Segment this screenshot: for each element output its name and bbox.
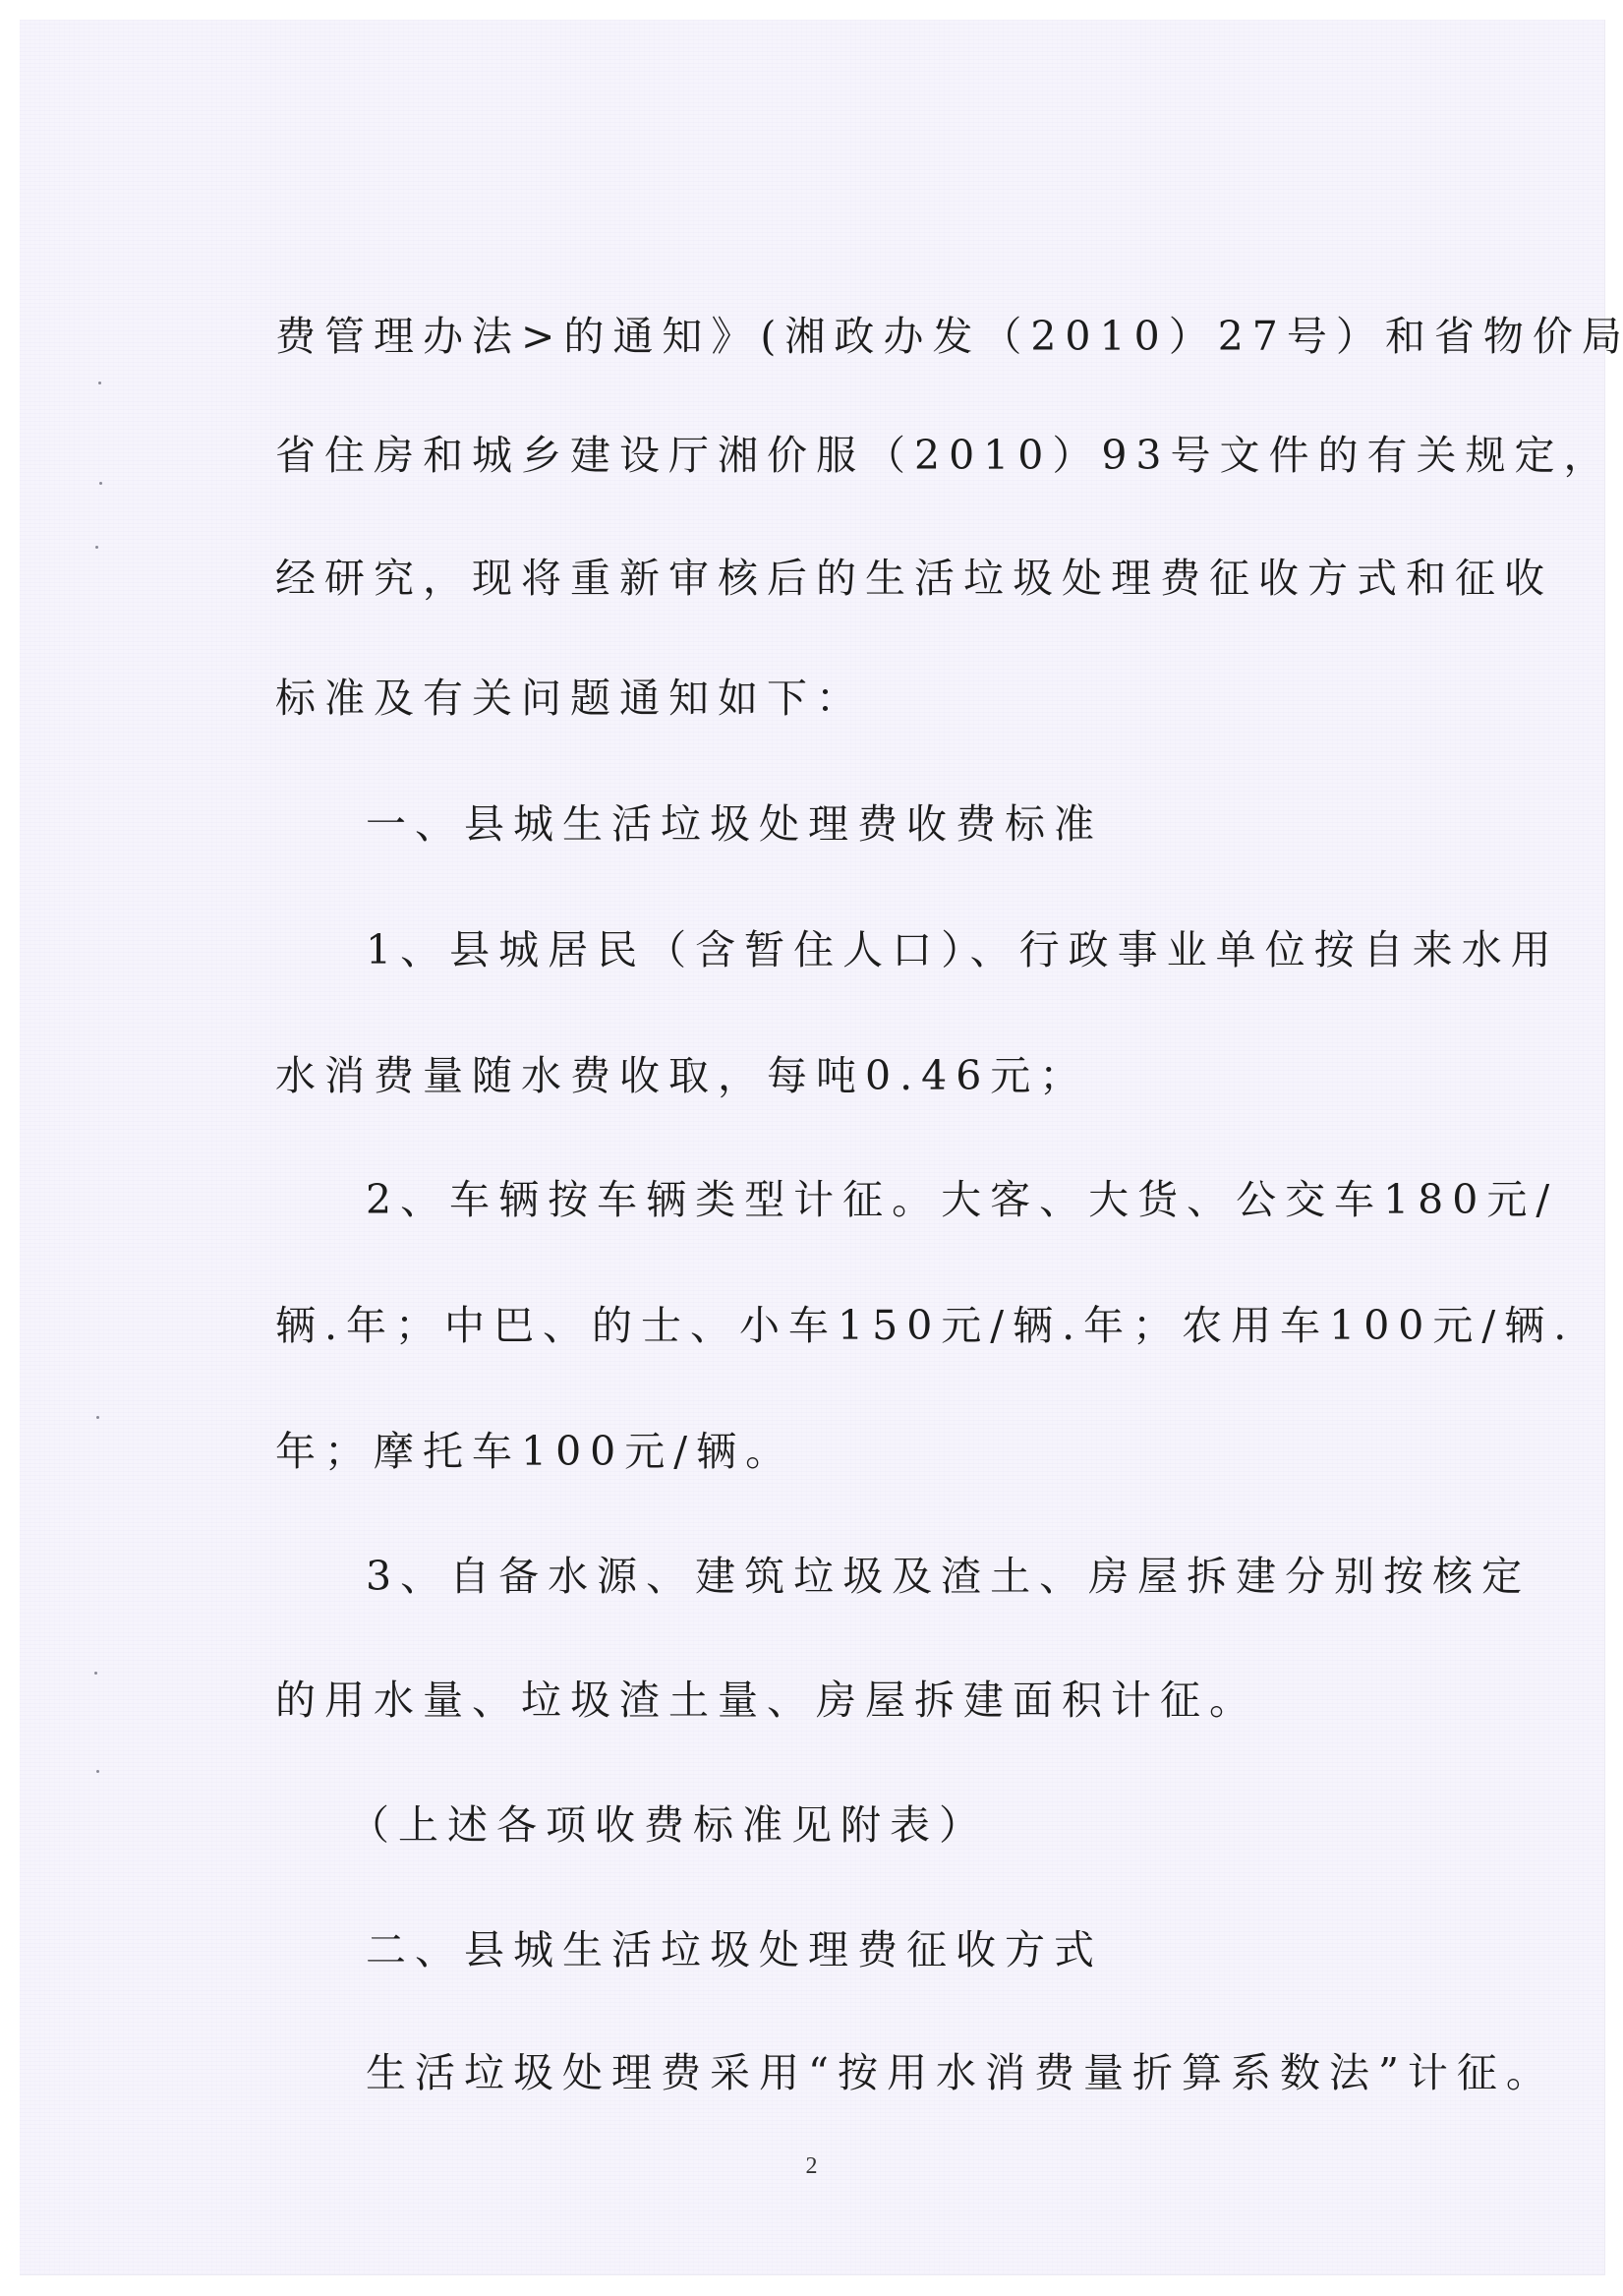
scan-speck [96,1416,99,1419]
paragraph-1-line-4: 标准及有关问题通知如下： [275,678,865,719]
scan-speck [98,382,101,384]
item-3-line-2: 的用水量、垃圾渣土量、房屋拆建面积计征。 [275,1680,1258,1721]
scan-speck [99,482,102,485]
scan-speck [95,546,98,549]
scan-speck [94,1672,97,1675]
scan-speck [96,1770,99,1773]
attachment-note: （上述各项收费标准见附表） [349,1805,988,1846]
paragraph-1-line-2: 省住房和城乡建设厅湘价服（2010）93号文件的有关规定， [275,436,1613,476]
item-3-line-1: 3、自备水源、建筑垃圾及渣土、房屋拆建分别按核定 [366,1557,1531,1597]
section-heading-2: 二、县城生活垃圾处理费征收方式 [366,1930,1103,1971]
collection-method-line: 生活垃圾处理费采用“按用水消费量折算系数法”计征。 [366,2053,1555,2093]
item-1-line-1: 1、县城居民（含暂住人口）、行政事业单位按自来水用 [366,930,1560,971]
section-heading-1: 一、县城生活垃圾处理费收费标准 [366,804,1103,845]
page-number: 2 [0,2153,1623,2180]
item-2-line-2: 辆.年；中巴、的士、小车150元/辆.年；农用车100元/辆. [275,1306,1575,1346]
item-2-line-3: 年；摩托车100元/辆。 [275,1432,794,1472]
paragraph-1-line-1: 费管理办法>的通知》(湘政办发（2010）27号）和省物价局、 [275,317,1623,357]
paragraph-1-line-3: 经研究，现将重新审核后的生活垃圾处理费征收方式和征收 [275,559,1553,599]
item-2-line-1: 2、车辆按车辆类型计征。大客、大货、公交车180元/ [366,1180,1558,1220]
item-1-line-2: 水消费量随水费收取，每吨0.46元； [275,1056,1088,1096]
